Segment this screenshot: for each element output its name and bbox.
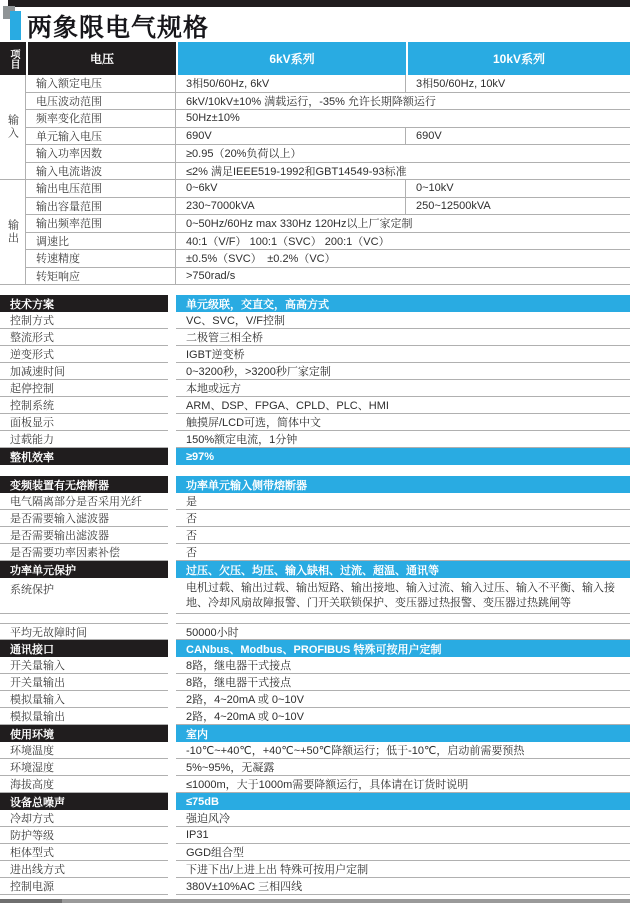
table-row: 是否需要功率因素补偿否	[0, 544, 630, 561]
protection-spec-table: 变频装置有无熔断器功率单元输入侧带熔断器电气隔离部分是否采用光纤是是否需要输入滤…	[0, 476, 630, 614]
table-row: 面板显示触摸屏/LCD可选，简体中文	[0, 414, 630, 431]
row-label: 是否需要输入滤波器	[0, 510, 168, 527]
column-gutter	[168, 691, 176, 708]
table-row: 设备总噪声≤75dB	[0, 793, 630, 810]
column-gutter	[168, 878, 176, 895]
row-value: >750rad/s	[176, 268, 630, 285]
row-value: 40:1（V/F） 100:1（SVC） 200:1（VC）	[176, 233, 630, 250]
row-label: 技术方案	[0, 295, 168, 312]
table-row: 海拔高度≤1000m，大于1000m需要降额运行，具体请在订货时说明	[0, 776, 630, 793]
table-row: 起停控制本地或远方	[0, 380, 630, 397]
row-value: GGD组合型	[176, 844, 630, 861]
row-label: 开关量输入	[0, 657, 168, 674]
row-value: ≤1000m，大于1000m需要降额运行，具体请在订货时说明	[176, 776, 630, 793]
table-row: 模拟量输入2路，4~20mA 或 0~10V	[0, 691, 630, 708]
row-value-10kv: 0~10kV	[406, 180, 630, 197]
row-label: 系统保护	[0, 578, 168, 614]
table-row: 功率单元保护过压、欠压、均压、输入缺相、过流、超温、通讯等	[0, 561, 630, 578]
row-value: 0~3200秒，>3200秒厂家定制	[176, 363, 630, 380]
row-label: 输出电压范围	[26, 180, 176, 197]
row-label: 环境湿度	[0, 759, 168, 776]
column-gutter	[168, 640, 176, 657]
header-cell-10kv-series: 10kV系列	[406, 42, 630, 75]
table-row: 变频装置有无熔断器功率单元输入侧带熔断器	[0, 476, 630, 493]
row-value: 50Hz±10%	[176, 110, 630, 127]
table-row: 环境温度-10℃~+40℃，+40℃~+50℃降额运行；低于-10℃，启动前需要…	[0, 742, 630, 759]
table-row: 是否需要输入滤波器否	[0, 510, 630, 527]
row-label: 使用环境	[0, 725, 168, 742]
row-value: 单元级联，交直交，高高方式	[176, 295, 630, 312]
row-group-label-text: 输出	[5, 219, 21, 245]
row-label: 模拟量输出	[0, 708, 168, 725]
row-value: 二极管三相全桥	[176, 329, 630, 346]
table-row: 输出容量范围230~7000kVA250~12500kVA	[26, 198, 630, 216]
row-value: 否	[176, 527, 630, 544]
row-value: 室内	[176, 725, 630, 742]
column-gutter	[168, 776, 176, 793]
table-row: 防护等级IP31	[0, 827, 630, 844]
column-gutter	[168, 397, 176, 414]
row-label: 频率变化范围	[26, 110, 176, 127]
row-value-10kv: 690V	[406, 128, 630, 145]
row-label: 控制方式	[0, 312, 168, 329]
column-gutter	[168, 861, 176, 878]
header-cell-6kv-series: 6kV系列	[176, 42, 406, 75]
column-gutter	[168, 544, 176, 561]
table-row: 开关量输出8路，继电器干式接点	[0, 674, 630, 691]
table-row: 进出线方式下进下出/上进上出 特殊可按用户定制	[0, 861, 630, 878]
table-row: 开关量输入8路，继电器干式接点	[0, 657, 630, 674]
header-cell-project: 项目	[0, 42, 26, 75]
table-row: 单元输入电压690V690V	[26, 128, 630, 146]
row-value-6kv: 230~7000kVA	[176, 198, 406, 215]
row-label: 设备总噪声	[0, 793, 168, 810]
column-gutter	[168, 295, 176, 312]
table-row: 转矩响应>750rad/s	[26, 268, 630, 286]
row-value: IGBT逆变桥	[176, 346, 630, 363]
column-gutter	[168, 623, 176, 640]
row-value: 6kV/10kV±10% 满载运行，-35% 允许长期降额运行	[176, 93, 630, 110]
row-value: 8路，继电器干式接点	[176, 657, 630, 674]
row-label: 海拔高度	[0, 776, 168, 793]
table-row: 通讯接口CANbus、Modbus、PROFIBUS 特殊可按用户定制	[0, 640, 630, 657]
table-row: 整流形式二极管三相全桥	[0, 329, 630, 346]
row-value: ±0.5%（SVC） ±0.2%（VC）	[176, 250, 630, 267]
row-value: ≥97%	[176, 448, 630, 465]
row-label: 控制系统	[0, 397, 168, 414]
interface-environment-spec-table: 平均无故障时间50000小时通讯接口CANbus、Modbus、PROFIBUS…	[0, 623, 630, 895]
table-row: 模拟量输出2路，4~20mA 或 0~10V	[0, 708, 630, 725]
row-value: 0~50Hz/60Hz max 330Hz 120Hz以上厂家定制	[176, 215, 630, 232]
bottom-bar-left-segment	[0, 899, 62, 903]
spec-table-header: 项目 电压 6kV系列 10kV系列	[0, 42, 630, 75]
row-label: 环境温度	[0, 742, 168, 759]
row-label: 起停控制	[0, 380, 168, 397]
row-label: 冷却方式	[0, 810, 168, 827]
row-label: 过载能力	[0, 431, 168, 448]
row-label: 功率单元保护	[0, 561, 168, 578]
row-group-label-text: 输入	[5, 114, 21, 140]
row-label: 防护等级	[0, 827, 168, 844]
column-gutter	[168, 363, 176, 380]
row-value: 否	[176, 510, 630, 527]
row-label: 电气隔离部分是否采用光纤	[0, 493, 168, 510]
table-row: 电压波动范围6kV/10kV±10% 满载运行，-35% 允许长期降额运行	[26, 93, 630, 111]
title-row: 两象限电气规格	[0, 7, 630, 42]
row-label: 平均无故障时间	[0, 623, 168, 640]
table-row: 控制方式VC、SVC，V/F控制	[0, 312, 630, 329]
row-value: 是	[176, 493, 630, 510]
row-label: 转速精度	[26, 250, 176, 267]
row-label: 输入功率因数	[26, 145, 176, 162]
table-row: 输出频率范围0~50Hz/60Hz max 330Hz 120Hz以上厂家定制	[26, 215, 630, 233]
row-value: ≤2% 满足IEEE519-1992和GBT14549-93标准	[176, 163, 630, 180]
row-group-label: 输入	[0, 75, 26, 180]
row-value-6kv: 0~6kV	[176, 180, 406, 197]
row-value-10kv: 250~12500kVA	[406, 198, 630, 215]
row-label: 单元输入电压	[26, 128, 176, 145]
table-row: 系统保护电机过载、输出过载、输出短路、输出接地、输入过流、输入过压、输入不平衡、…	[0, 578, 630, 614]
column-gutter	[168, 827, 176, 844]
bottom-bar-right-segment	[62, 899, 630, 903]
row-value: -10℃~+40℃，+40℃~+50℃降额运行；低于-10℃，启动前需要预热	[176, 742, 630, 759]
row-value-10kv: 3相50/60Hz, 10kV	[406, 75, 630, 92]
column-gutter	[168, 476, 176, 493]
row-label: 进出线方式	[0, 861, 168, 878]
page-title: 两象限电气规格	[27, 8, 209, 44]
row-label: 开关量输出	[0, 674, 168, 691]
row-label: 输入电流谐波	[26, 163, 176, 180]
column-gutter	[168, 759, 176, 776]
io-spec-table: 输入输出 输入额定电压3相50/60Hz, 6kV3相50/60Hz, 10kV…	[0, 75, 630, 285]
bottom-bar	[0, 899, 630, 903]
table-row: 输入额定电压3相50/60Hz, 6kV3相50/60Hz, 10kV	[26, 75, 630, 93]
top-accent-bar	[8, 0, 630, 7]
table-row: 控制系统ARM、DSP、FPGA、CPLD、PLC、HMI	[0, 397, 630, 414]
table-row: 频率变化范围50Hz±10%	[26, 110, 630, 128]
column-gutter	[168, 578, 176, 614]
row-value: 本地或远方	[176, 380, 630, 397]
row-label: 电压波动范围	[26, 93, 176, 110]
row-label: 逆变形式	[0, 346, 168, 363]
row-value: 150%额定电流，1分钟	[176, 431, 630, 448]
table-row: 整机效率≥97%	[0, 448, 630, 465]
column-gutter	[168, 414, 176, 431]
column-gutter	[168, 708, 176, 725]
row-value: 380V±10%AC 三相四线	[176, 878, 630, 895]
row-value: 功率单元输入侧带熔断器	[176, 476, 630, 493]
column-gutter	[168, 810, 176, 827]
title-blue-bar-icon	[10, 11, 21, 40]
column-gutter	[168, 431, 176, 448]
table-row: 冷却方式强迫风冷	[0, 810, 630, 827]
row-value: 下进下出/上进上出 特殊可按用户定制	[176, 861, 630, 878]
row-value: VC、SVC，V/F控制	[176, 312, 630, 329]
row-label: 调速比	[26, 233, 176, 250]
table-row: 使用环境室内	[0, 725, 630, 742]
row-value: 过压、欠压、均压、输入缺相、过流、超温、通讯等	[176, 561, 630, 578]
column-gutter	[168, 380, 176, 397]
row-value-6kv: 690V	[176, 128, 406, 145]
row-value: 2路，4~20mA 或 0~10V	[176, 691, 630, 708]
row-label: 转矩响应	[26, 268, 176, 285]
table-row: 逆变形式IGBT逆变桥	[0, 346, 630, 363]
row-value: 触摸屏/LCD可选，简体中文	[176, 414, 630, 431]
column-gutter	[168, 312, 176, 329]
table-row: 是否需要输出滤波器否	[0, 527, 630, 544]
row-group-label: 输出	[0, 180, 26, 285]
row-label: 变频装置有无熔断器	[0, 476, 168, 493]
column-gutter	[168, 493, 176, 510]
technical-spec-table: 技术方案单元级联，交直交，高高方式控制方式VC、SVC，V/F控制整流形式二极管…	[0, 295, 630, 465]
table-row: 环境湿度5%~95%，无凝露	[0, 759, 630, 776]
io-spec-rows: 输入额定电压3相50/60Hz, 6kV3相50/60Hz, 10kV电压波动范…	[26, 75, 630, 285]
row-label: 控制电源	[0, 878, 168, 895]
row-value-6kv: 3相50/60Hz, 6kV	[176, 75, 406, 92]
column-gutter	[168, 674, 176, 691]
row-label: 整机效率	[0, 448, 168, 465]
row-label: 输出容量范围	[26, 198, 176, 215]
column-gutter	[168, 742, 176, 759]
column-gutter	[168, 844, 176, 861]
row-value: 强迫风冷	[176, 810, 630, 827]
row-label: 模拟量输入	[0, 691, 168, 708]
row-label: 通讯接口	[0, 640, 168, 657]
row-label: 是否需要输出滤波器	[0, 527, 168, 544]
table-row: 柜体型式GGD组合型	[0, 844, 630, 861]
row-value: 电机过载、输出过载、输出短路、输出接地、输入过流、输入过压、输入不平衡、输入接地…	[176, 578, 630, 614]
table-row: 输入电流谐波≤2% 满足IEEE519-1992和GBT14549-93标准	[26, 163, 630, 181]
column-gutter	[168, 527, 176, 544]
column-gutter	[168, 793, 176, 810]
table-row: 输入功率因数≥0.95（20%负荷以上）	[26, 145, 630, 163]
column-gutter	[168, 329, 176, 346]
table-row: 技术方案单元级联，交直交，高高方式	[0, 295, 630, 312]
table-row: 加减速时间0~3200秒，>3200秒厂家定制	[0, 363, 630, 380]
table-row: 平均无故障时间50000小时	[0, 623, 630, 640]
row-value: 否	[176, 544, 630, 561]
row-value: ≥0.95（20%负荷以上）	[176, 145, 630, 162]
column-gutter	[168, 346, 176, 363]
table-row: 转速精度±0.5%（SVC） ±0.2%（VC）	[26, 250, 630, 268]
row-value: ≤75dB	[176, 793, 630, 810]
row-label: 整流形式	[0, 329, 168, 346]
table-row: 控制电源380V±10%AC 三相四线	[0, 878, 630, 895]
row-value: 2路，4~20mA 或 0~10V	[176, 708, 630, 725]
row-label: 加减速时间	[0, 363, 168, 380]
row-label: 柜体型式	[0, 844, 168, 861]
row-value: 50000小时	[176, 623, 630, 640]
row-value: CANbus、Modbus、PROFIBUS 特殊可按用户定制	[176, 640, 630, 657]
row-value: ARM、DSP、FPGA、CPLD、PLC、HMI	[176, 397, 630, 414]
row-value: 5%~95%，无凝露	[176, 759, 630, 776]
column-gutter	[168, 725, 176, 742]
table-row: 输出电压范围0~6kV0~10kV	[26, 180, 630, 198]
table-row: 调速比40:1（V/F） 100:1（SVC） 200:1（VC）	[26, 233, 630, 251]
column-gutter	[168, 561, 176, 578]
header-cell-voltage: 电压	[26, 42, 176, 75]
column-gutter	[168, 657, 176, 674]
row-group-column: 输入输出	[0, 75, 26, 285]
row-label: 输出频率范围	[26, 215, 176, 232]
table-row: 过载能力150%额定电流，1分钟	[0, 431, 630, 448]
row-value: IP31	[176, 827, 630, 844]
row-value: 8路，继电器干式接点	[176, 674, 630, 691]
column-gutter	[168, 510, 176, 527]
row-label: 是否需要功率因素补偿	[0, 544, 168, 561]
row-label: 输入额定电压	[26, 75, 176, 92]
row-label: 面板显示	[0, 414, 168, 431]
column-gutter	[168, 448, 176, 465]
table-row: 电气隔离部分是否采用光纤是	[0, 493, 630, 510]
